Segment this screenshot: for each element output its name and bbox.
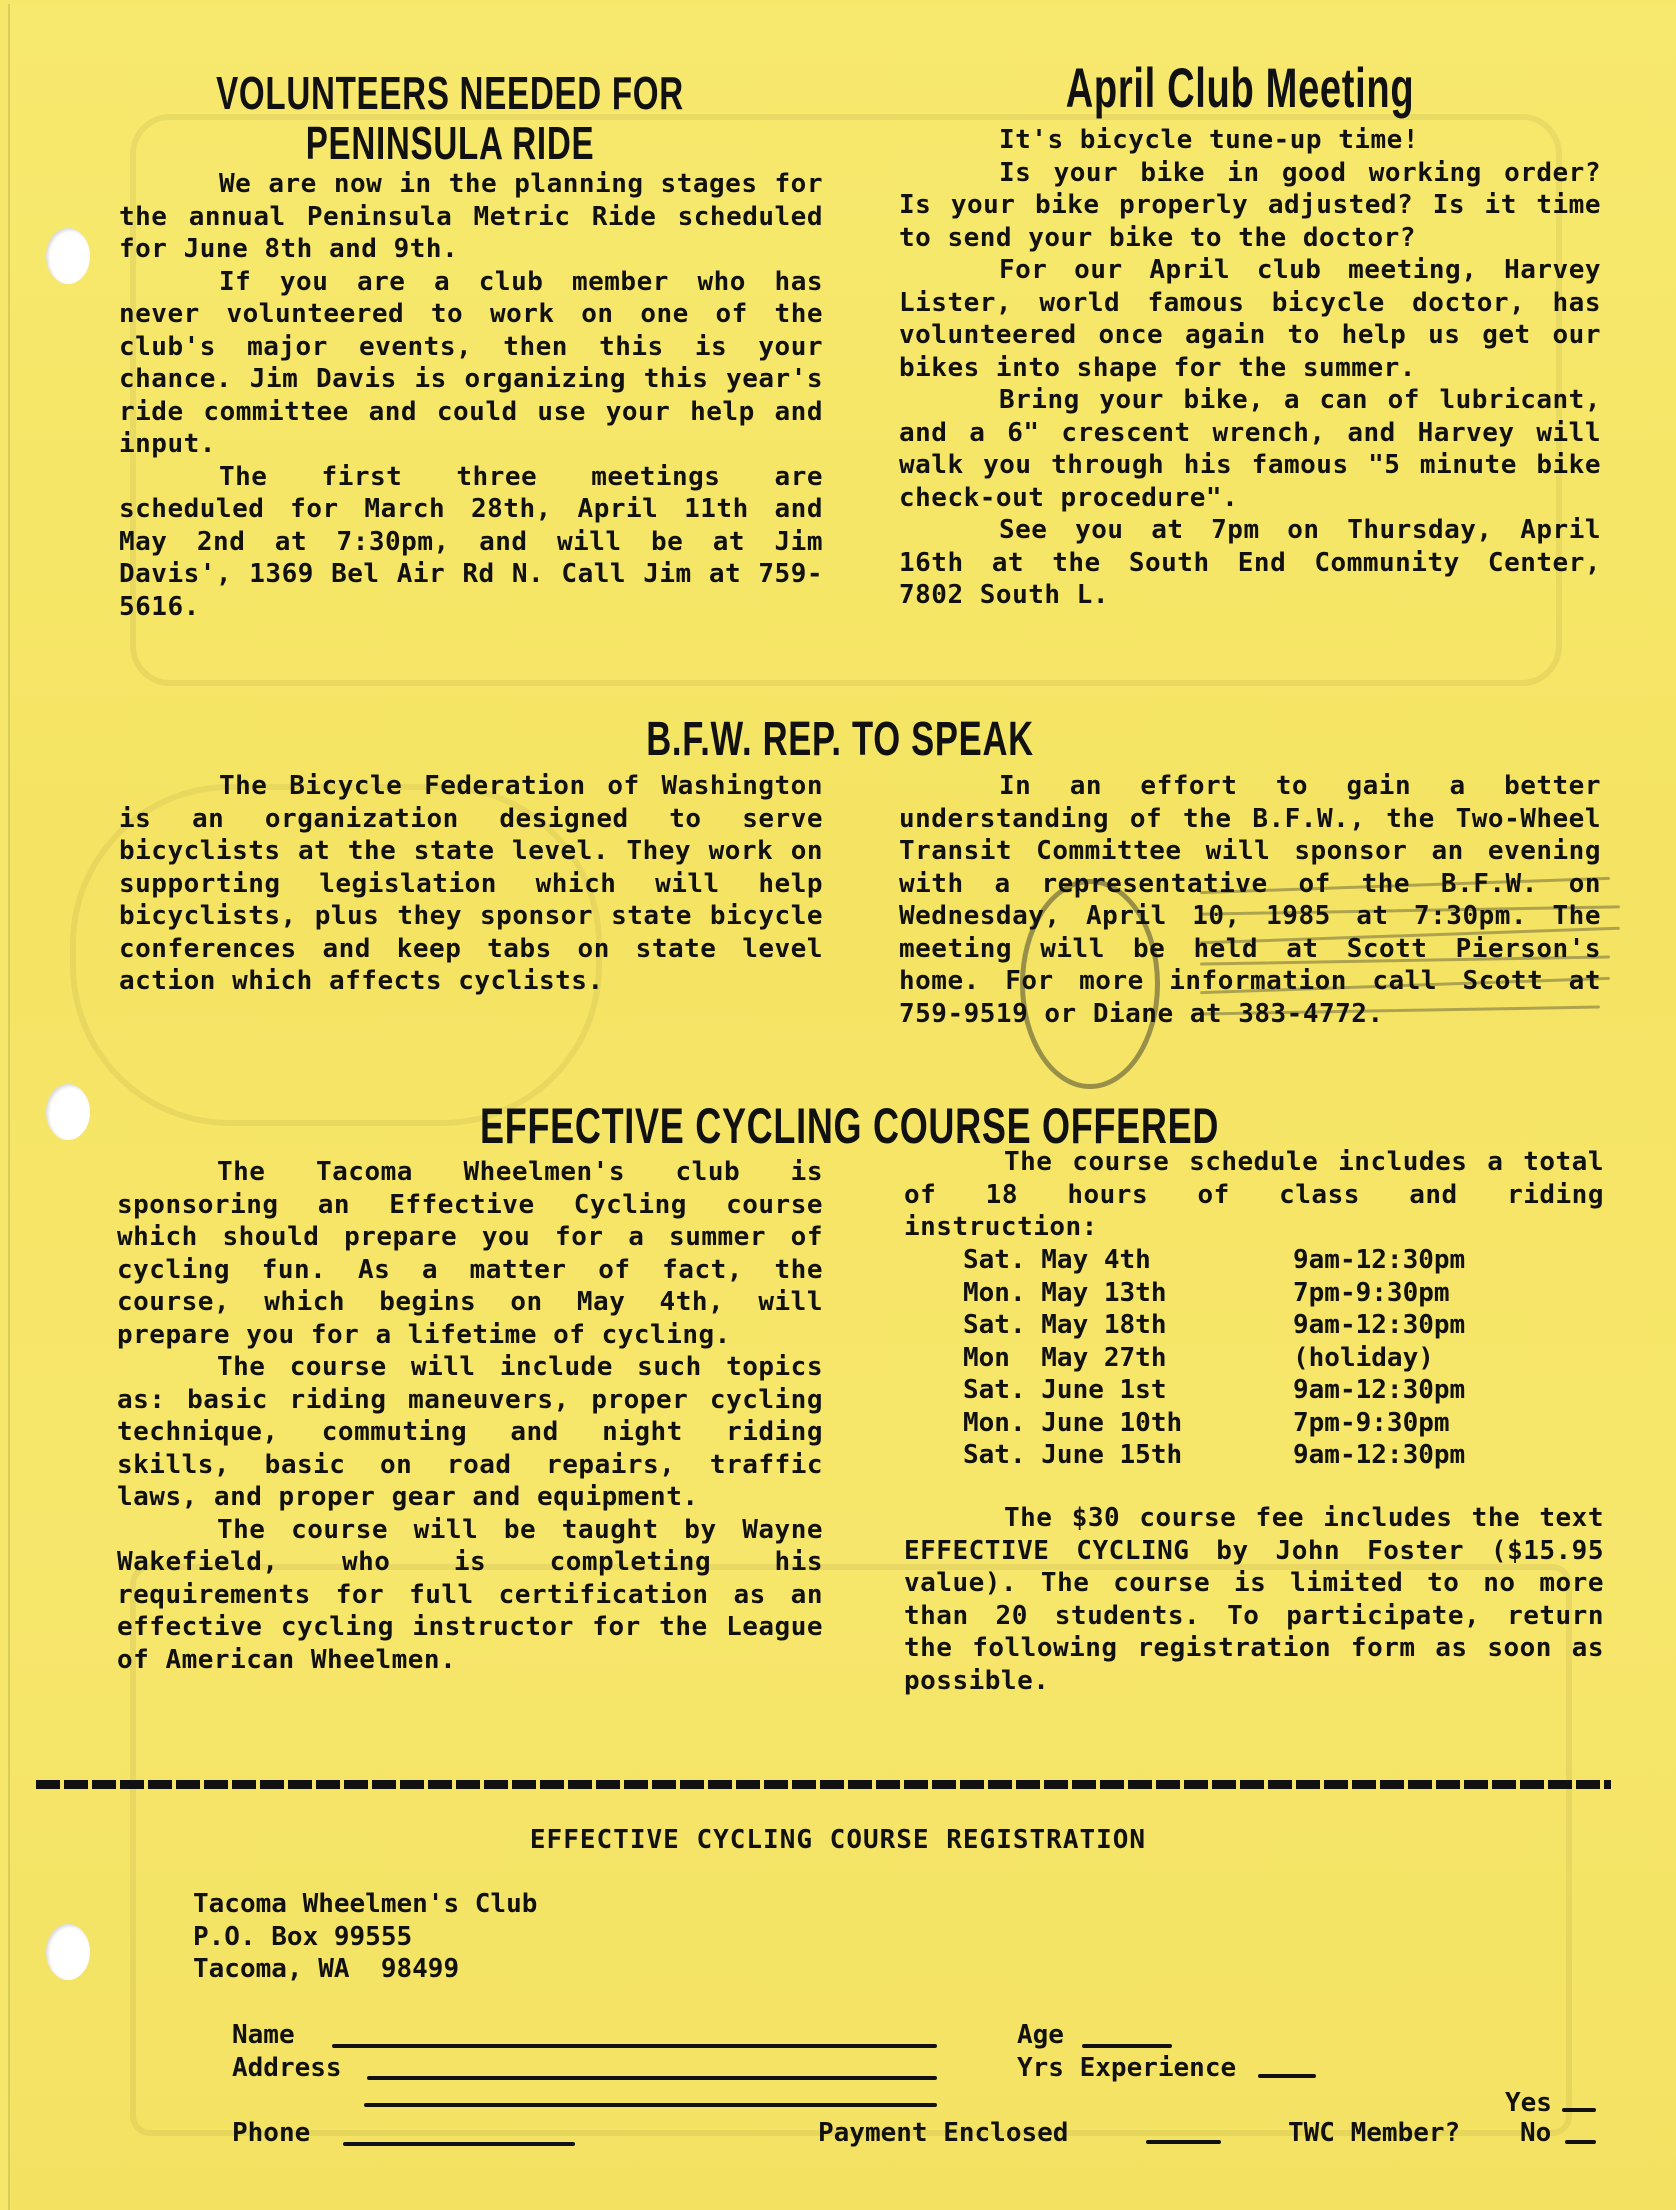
member-no-label: No [1520, 2118, 1551, 2148]
april-meeting-headline: April Club Meeting [1050, 56, 1431, 120]
volunteers-body: We are now in the planning stages for th… [119, 168, 823, 623]
schedule-time: (holiday) [1293, 1342, 1434, 1375]
bfw-right-body: In an effort to gain a better understand… [899, 770, 1601, 1030]
schedule-row: Sat. May 18th9am-12:30pm [963, 1309, 1465, 1342]
april-meeting-paragraph: Is your bike in good working order? Is y… [899, 157, 1601, 255]
schedule-row: Sat. May 4th9am-12:30pm [963, 1244, 1465, 1277]
schedule-time: 9am-12:30pm [1293, 1439, 1465, 1472]
bfw-left-body: The Bicycle Federation of Washington is … [119, 770, 823, 998]
schedule-row: Mon. June 10th7pm-9:30pm [963, 1407, 1465, 1440]
club-mailing-address: Tacoma Wheelmen's Club P.O. Box 99555 Ta… [193, 1888, 537, 1986]
schedule-row: Mon May 27th(holiday) [963, 1342, 1465, 1375]
schedule-time: 9am-12:30pm [1293, 1309, 1465, 1342]
course-schedule-list: Sat. May 4th9am-12:30pmMon. May 13th7pm-… [963, 1244, 1465, 1472]
address-input-line-2[interactable] [364, 2103, 937, 2107]
schedule-intro-paragraph: The course schedule includes a total of … [904, 1146, 1604, 1244]
volunteers-title-line1: VOLUNTEERS NEEDED FOR [198, 68, 702, 118]
age-label: Age [1017, 2020, 1064, 2050]
april-meeting-paragraph: See you at 7pm on Thursday, April 16th a… [899, 514, 1601, 612]
bfw-headline: B.F.W. REP. TO SPEAK [624, 712, 1056, 768]
payment-input-line[interactable] [1146, 2140, 1221, 2144]
age-input-line[interactable] [1082, 2044, 1172, 2048]
schedule-day: Sat. June 1st [963, 1374, 1293, 1407]
schedule-day: Sat. June 15th [963, 1439, 1293, 1472]
april-meeting-body: It's bicycle tune-up time! Is your bike … [899, 124, 1601, 612]
experience-label: Yrs Experience [1017, 2053, 1236, 2083]
schedule-time: 9am-12:30pm [1293, 1374, 1465, 1407]
member-no-checkbox-line[interactable] [1565, 2140, 1596, 2144]
experience-input-line[interactable] [1258, 2074, 1316, 2078]
name-label: Name [232, 2020, 295, 2050]
name-input-line[interactable] [332, 2044, 937, 2048]
schedule-day: Mon. May 13th [963, 1277, 1293, 1310]
cycling-course-left-body: The Tacoma Wheelmen's club is sponsoring… [117, 1156, 823, 1676]
cycling-course-paragraph: The Tacoma Wheelmen's club is sponsoring… [117, 1156, 823, 1351]
volunteers-headline: VOLUNTEERS NEEDED FOR PENINSULA RIDE [198, 68, 702, 168]
cut-line-divider [36, 1780, 1611, 1789]
payment-label: Payment Enclosed [818, 2118, 1068, 2148]
address-line-po-box: P.O. Box 99555 [193, 1921, 537, 1954]
bfw-paragraph: The Bicycle Federation of Washington is … [119, 770, 823, 998]
address-input-line-1[interactable] [367, 2076, 937, 2080]
registration-title: EFFECTIVE CYCLING COURSE REGISTRATION [0, 1825, 1676, 1855]
schedule-row: Sat. June 15th9am-12:30pm [963, 1439, 1465, 1472]
april-meeting-paragraph: Bring your bike, a can of lubricant, and… [899, 384, 1601, 514]
address-line-city: Tacoma, WA 98499 [193, 1953, 537, 1986]
address-label: Address [232, 2053, 342, 2083]
member-yes-checkbox-line[interactable] [1562, 2108, 1596, 2112]
volunteers-paragraph: We are now in the planning stages for th… [119, 168, 823, 266]
bfw-paragraph: In an effort to gain a better understand… [899, 770, 1601, 1030]
schedule-day: Mon. June 10th [963, 1407, 1293, 1440]
april-meeting-paragraph: It's bicycle tune-up time! [899, 124, 1601, 157]
schedule-day: Sat. May 4th [963, 1244, 1293, 1277]
punch-hole-top [46, 228, 90, 284]
phone-label: Phone [232, 2118, 310, 2148]
cycling-course-paragraph: The course will be taught by Wayne Wakef… [117, 1514, 823, 1677]
phone-input-line[interactable] [343, 2142, 575, 2146]
address-line-club: Tacoma Wheelmen's Club [193, 1888, 537, 1921]
member-question-label: TWC Member? [1288, 2118, 1460, 2148]
cycling-course-paragraph: The course will include such topics as: … [117, 1351, 823, 1514]
schedule-row: Mon. May 13th7pm-9:30pm [963, 1277, 1465, 1310]
schedule-row: Sat. June 1st9am-12:30pm [963, 1374, 1465, 1407]
volunteers-paragraph: If you are a club member who has never v… [119, 266, 823, 461]
schedule-day: Mon May 27th [963, 1342, 1293, 1375]
volunteers-paragraph: The first three meetings are scheduled f… [119, 461, 823, 624]
volunteers-title-line2: PENINSULA RIDE [198, 118, 702, 168]
punch-hole-bottom [46, 1924, 90, 1980]
schedule-time: 7pm-9:30pm [1293, 1277, 1450, 1310]
schedule-time: 7pm-9:30pm [1293, 1407, 1450, 1440]
april-meeting-paragraph: For our April club meeting, Harvey Liste… [899, 254, 1601, 384]
cycling-course-schedule-intro: The course schedule includes a total of … [904, 1146, 1604, 1244]
schedule-time: 9am-12:30pm [1293, 1244, 1465, 1277]
member-yes-label: Yes [1505, 2088, 1552, 2118]
punch-hole-middle [46, 1084, 90, 1140]
course-fee-body: The $30 course fee includes the text EFF… [904, 1502, 1604, 1697]
schedule-day: Sat. May 18th [963, 1309, 1293, 1342]
course-fee-paragraph: The $30 course fee includes the text EFF… [904, 1502, 1604, 1697]
